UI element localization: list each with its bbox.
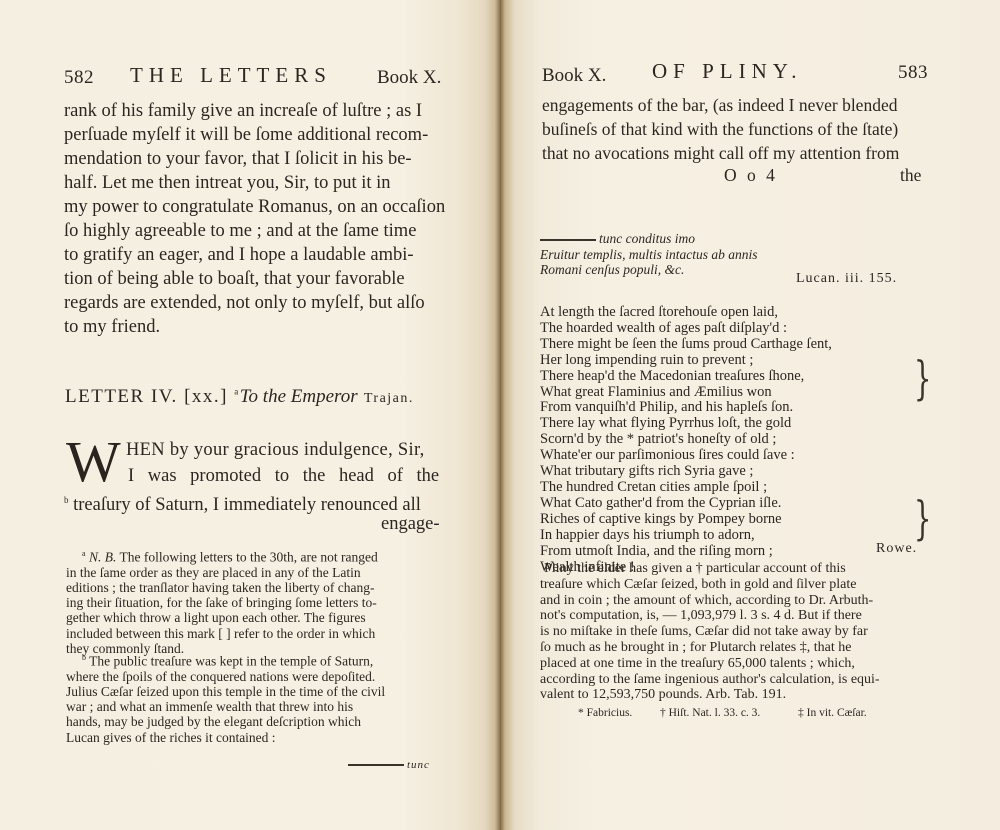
latin-citation: Lucan. iii. 155.	[796, 271, 897, 287]
footnote-b-text: The public treaſure was kept in the temp…	[89, 654, 373, 669]
left-folio: 582	[64, 67, 94, 89]
verse-line: There might be ſeen the ſums proud Carth…	[540, 337, 832, 353]
latin-text: tunc conditus imo	[599, 231, 695, 246]
left-catchword: tunc	[348, 759, 430, 771]
footnote-line: hands, may be judged by the elegant deſc…	[66, 714, 385, 729]
verse-line: At length the ſacred ſtorehouſe open lai…	[540, 305, 832, 321]
right-book-label: Book X.	[542, 65, 606, 87]
verse-block: At length the ſacred ſtorehouſe open lai…	[540, 305, 832, 575]
triplet-brace-icon: }	[914, 355, 932, 401]
latin-line: Romani cenſus populi, &c.	[540, 262, 758, 278]
text-line: that no avocations might call off my att…	[542, 141, 899, 165]
footnote-line: where the ſpoils of the conquered nation…	[66, 669, 385, 684]
footnote-double-dagger: ‡ In vit. Cæſar.	[798, 707, 867, 719]
text-line: mendation to your favor, that I ſolicit …	[64, 147, 445, 171]
left-catchline: engage-	[381, 512, 440, 536]
letter-number: LETTER IV.	[65, 386, 178, 407]
text-line: perſuade myſelf it will be ſome addition…	[64, 123, 445, 147]
letter-line-1: HEN by your gracious indulgence, Sir,	[126, 438, 425, 462]
verse-line: Riches of captive kings by Pompey borne	[540, 512, 832, 528]
verse-line: What Cato gather'd from the Cyprian iſle…	[540, 496, 832, 512]
text-line: engagements of the bar, (as indeed I nev…	[542, 93, 899, 117]
footnote-line: Julius Cæſar ſeized upon this temple in …	[66, 684, 385, 699]
footnote-line: in the ſame order as they are placed in …	[66, 565, 378, 580]
rule-line	[540, 239, 596, 241]
note-line: ſo much as he brought in ; for Plutarch …	[540, 640, 880, 656]
letter-line-3: b treaſury of Saturn, I immediately reno…	[64, 488, 421, 517]
right-page: Book X. OF PLINY. 583 engagements of the…	[500, 0, 1000, 830]
verse-line: Her long impending ruin to prevent ;	[540, 353, 832, 369]
signature-mark: O o 4	[724, 163, 778, 187]
text-line: tion of being able to boaſt, that your f…	[64, 267, 445, 291]
right-running-head: OF PLINY.	[652, 59, 802, 84]
footnote-line: editions ; the tranſlator having taken t…	[66, 580, 378, 595]
verse-line: From vanquiſh'd Philip, and his hapleſs …	[540, 400, 832, 416]
book-spread: 582 THE LETTERS Book X. rank of his fami…	[0, 0, 1000, 830]
drop-cap: W	[66, 437, 121, 487]
footnote-dagger: † Hiſt. Nat. l. 33. c. 3.	[660, 707, 760, 719]
verse-line: From utmoſt India, and the riſing morn ;	[540, 544, 832, 560]
footnote-line: war ; and what an immenſe wealth that th…	[66, 699, 385, 714]
note-line: according to the ſame ingenious author's…	[540, 672, 880, 688]
footnote-line: ing their ſituation, for the ſake of bri…	[66, 595, 378, 610]
footnote-a-lead: N. B.	[89, 550, 116, 565]
latin-line: tunc conditus imo	[540, 231, 758, 247]
text-line: my power to congratulate Romanus, on an …	[64, 195, 445, 219]
verse-citation: Rowe.	[876, 541, 917, 557]
text-line: regards are extended, not only to myſelf…	[64, 291, 445, 315]
footnote-line: Lucan gives of the riches it contained :	[66, 730, 385, 745]
right-folio: 583	[898, 62, 928, 84]
note-line: placed at one time in the treaſury 65,00…	[540, 656, 880, 672]
footnote-line: gether which throw a light upon each oth…	[66, 610, 378, 625]
verse-line: Whate'er our parſimonious ſires could ſa…	[540, 448, 832, 464]
verse-line: What tributary gifts rich Syria gave ;	[540, 464, 832, 480]
verse-line: There heap'd the Macedonian treaſures ſh…	[540, 369, 832, 385]
footnote-line: b The public treaſure was kept in the te…	[66, 650, 385, 669]
verse-line: Scorn'd by the * patriot's honeſty of ol…	[540, 432, 832, 448]
right-paragraph: engagements of the bar, (as indeed I nev…	[542, 93, 899, 165]
verse-line: The hoarded wealth of ages paſt diſplay'…	[540, 321, 832, 337]
footnote-a-text: The following letters to the 30th, are n…	[119, 550, 377, 565]
verse-line: The hundred Cretan cities ample ſpoil ;	[540, 480, 832, 496]
left-page: 582 THE LETTERS Book X. rank of his fami…	[0, 0, 500, 830]
text-line: half. Let me then intreat you, Sir, to p…	[64, 171, 445, 195]
note-line: valent to 12,593,750 pounds. Arb. Tab. 1…	[540, 687, 880, 703]
right-catchword: the	[900, 163, 921, 187]
note-line: is no miſtake in theſe ſums, Cæſar did n…	[540, 624, 880, 640]
text-line: to my friend.	[64, 315, 445, 339]
letter-line-3-text: treaſury of Saturn, I immediately renoun…	[73, 495, 421, 515]
note-line: not's computation, is, — 1,093,979 l. 3 …	[540, 608, 880, 624]
footnote-line: included between this mark [ ] refer to …	[66, 626, 378, 641]
left-paragraph: rank of his family give an increaſe of l…	[64, 99, 445, 339]
latin-line: Eruitur templis, multis intactus ab anni…	[540, 247, 758, 263]
triplet-brace-icon: }	[914, 495, 932, 541]
note-paragraph: Pliny the elder has given a † particular…	[540, 561, 880, 703]
footnote-a: a N. B. The following letters to the 30t…	[66, 546, 378, 656]
footnote-b: b The public treaſure was kept in the te…	[66, 650, 385, 745]
note-line: treaſure which Cæſar ſeized, both in gol…	[540, 577, 880, 593]
latin-quote: tunc conditus imo Eruitur templis, multi…	[540, 231, 758, 278]
footnote-mark-b: b	[64, 495, 69, 505]
letter-heading: LETTER IV. [xx.] aTo the Emperor Trajan.	[65, 386, 414, 408]
verse-line: In happier days his triumph to adorn,	[540, 528, 832, 544]
letter-bracket-number: [xx.]	[184, 386, 228, 407]
text-line: buſineſs of that kind with the functions…	[542, 117, 899, 141]
left-running-head: THE LETTERS	[130, 63, 332, 88]
text-line: ſo highly agreeable to me ; and at the ſ…	[64, 219, 445, 243]
verse-line: There lay what flying Pyrrhus loſt, the …	[540, 416, 832, 432]
catchword-text: tunc	[407, 759, 430, 771]
note-line: and in coin ; the amount of which, accor…	[540, 593, 880, 609]
footnote-a-mark: a	[82, 549, 86, 558]
text-line: rank of his family give an increaſe of l…	[64, 99, 445, 123]
letter-addressee-italic: To the Emperor	[240, 386, 358, 407]
left-book-label: Book X.	[377, 67, 441, 89]
footnote-line: a N. B. The following letters to the 30t…	[66, 546, 378, 565]
footnote-star: * Fabricius.	[578, 707, 632, 719]
rule-line	[348, 764, 404, 766]
letter-recipient: Trajan.	[364, 391, 414, 406]
note-line: Pliny the elder has given a † particular…	[540, 561, 880, 577]
text-line: to gratify an eager, and I hope a laudab…	[64, 243, 445, 267]
letter-line-2: I was promoted to the head of the	[128, 464, 439, 488]
footnote-b-mark: b	[82, 653, 86, 662]
verse-line: What great Flaminius and Æmilius won	[540, 385, 832, 401]
